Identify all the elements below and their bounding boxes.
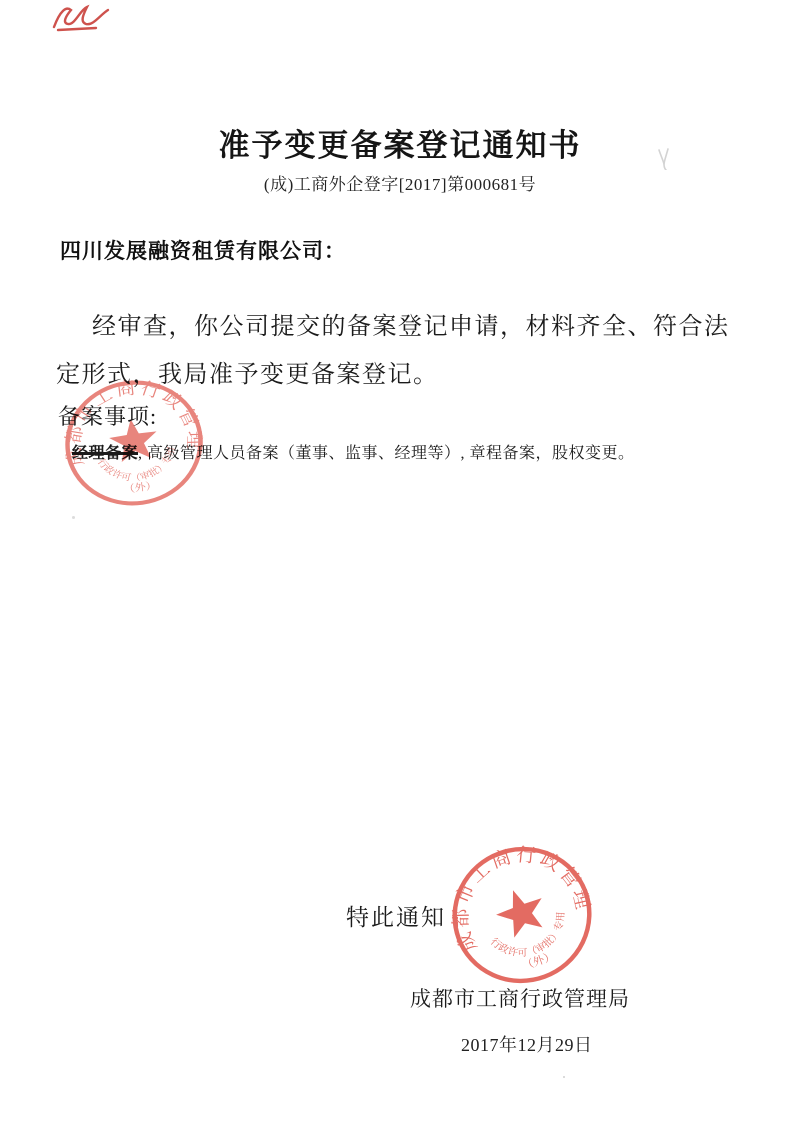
seal-sub-text: （外）: [520, 948, 556, 973]
issuing-authority: 成都市工商行政管理局: [410, 983, 630, 1013]
seal-ring: [436, 830, 608, 1000]
struck-filing-item: 经理备案: [58, 445, 138, 462]
filing-items-text: , 高级管理人员备案（董事、监事、经理等）, 章程备案，股权变更。: [138, 445, 635, 462]
issue-date: 2017年12月29日: [461, 1031, 593, 1057]
official-seal-lower: 成都市工商行政管理局 行政许可（审批）专用章 （外）: [427, 821, 618, 1009]
scanned-notice-page: { "document": { "title": "准予变更备案登记通知书", …: [0, 0, 800, 1131]
scan-artifact-dot: [72, 516, 75, 519]
scan-artifact-dot: [563, 1076, 565, 1078]
red-pen-scribble: [50, 3, 114, 33]
seal-star-icon: [490, 882, 551, 941]
addressee-line: 四川发展融资租赁有限公司：: [60, 235, 346, 265]
scan-artifact-mark: [656, 148, 672, 170]
seal-sub-text: （外）: [123, 479, 158, 496]
closing-phrase: 特此通知: [346, 899, 446, 932]
body-paragraph: 经审查，你公司提交的备案登记申请，材料齐全、符合法定形式，我局准予变更备案登记。: [56, 303, 742, 399]
svg-text:行政许可（审批）专用章: 行政许可（审批）专用章: [427, 822, 578, 984]
filing-items-line: 经理备案, 高级管理人员备案（董事、监事、经理等）, 章程备案，股权变更。: [58, 440, 635, 463]
seal-ring-text: 成都市工商行政管理局: [427, 821, 597, 963]
document-title: 准予变更备案登记通知书: [0, 120, 800, 165]
filing-items-heading: 备案事项:: [58, 400, 157, 431]
seal-bottom-text: 行政许可（审批）专用章: [427, 822, 578, 984]
svg-text:成都市工商行政管理局: 成都市工商行政管理局: [427, 821, 597, 963]
document-number: (成)工商外企登字[2017]第000681号: [0, 170, 800, 195]
